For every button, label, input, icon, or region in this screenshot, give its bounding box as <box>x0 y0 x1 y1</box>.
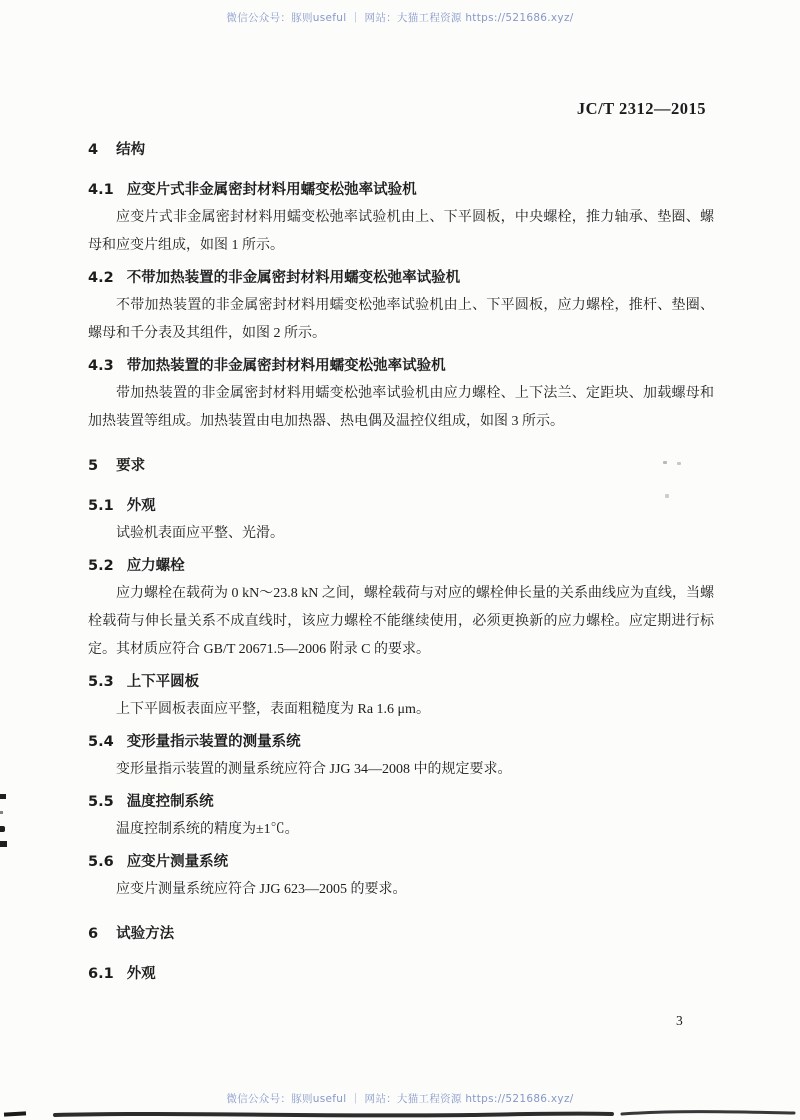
clause-heading-5-3: 5.3上下平圆板 <box>88 668 714 696</box>
body-paragraph: 试验机表面应平整、光滑。 <box>88 520 714 548</box>
clause-title: 不带加热装置的非金属密封材料用蠕变松弛率试验机 <box>127 270 461 286</box>
watermark-bottom: 微信公众号：豚则useful ｜ 网站：大猫工程资源 https://52168… <box>0 1091 800 1106</box>
body-paragraph: 温度控制系统的精度为±1℃。 <box>88 816 714 844</box>
clause-title: 温度控制系统 <box>127 794 214 810</box>
clause-heading-4-2: 4.2不带加热装置的非金属密封材料用蠕变松弛率试验机 <box>88 264 714 292</box>
clause-title: 外观 <box>127 498 156 514</box>
clause-heading-4-3: 4.3带加热装置的非金属密封材料用蠕变松弛率试验机 <box>88 352 714 380</box>
clause-heading-6-1: 6.1外观 <box>88 960 714 988</box>
section-title: 试验方法 <box>116 926 174 942</box>
scan-speck <box>0 826 5 832</box>
clause-number: 5.4 <box>88 734 114 750</box>
section-heading-6: 6试验方法 <box>88 920 714 948</box>
document-page: 微信公众号：豚则useful ｜ 网站：大猫工程资源 https://52168… <box>0 0 800 1120</box>
scan-speck <box>0 811 3 814</box>
clause-heading-5-6: 5.6应变片测量系统 <box>88 848 714 876</box>
clause-number: 6.1 <box>88 966 114 982</box>
doc-code: JC/T 2312—2015 <box>577 99 706 119</box>
body-paragraph: 应变片式非金属密封材料用蠕变松弛率试验机由上、下平圆板，中央螺栓，推力轴承、垫圈… <box>88 204 714 260</box>
document-content: 4结构 4.1应变片式非金属密封材料用蠕变松弛率试验机 应变片式非金属密封材料用… <box>88 136 714 988</box>
scan-speck <box>663 461 667 464</box>
body-paragraph: 带加热装置的非金属密封材料用蠕变松弛率试验机由应力螺栓、上下法兰、定距块、加载螺… <box>88 380 714 436</box>
body-paragraph: 应力螺栓在载荷为 0 kN～23.8 kN 之间，螺栓载荷与对应的螺栓伸长量的关… <box>88 580 714 664</box>
clause-number: 5.3 <box>88 674 114 690</box>
clause-heading-5-1: 5.1外观 <box>88 492 714 520</box>
section-number: 4 <box>88 142 98 158</box>
clause-title: 带加热装置的非金属密封材料用蠕变松弛率试验机 <box>127 358 446 374</box>
section-title: 结构 <box>116 142 145 158</box>
page-number: 3 <box>676 1013 683 1029</box>
clause-title: 应变片式非金属密封材料用蠕变松弛率试验机 <box>127 182 417 198</box>
body-paragraph: 不带加热装置的非金属密封材料用蠕变松弛率试验机由上、下平圆板，应力螺栓，推杆、垫… <box>88 292 714 348</box>
section-heading-5: 5要求 <box>88 452 714 480</box>
scan-speck <box>677 462 681 465</box>
clause-number: 4.2 <box>88 270 114 286</box>
clause-number: 4.3 <box>88 358 114 374</box>
clause-number: 5.5 <box>88 794 114 810</box>
body-paragraph: 应变片测量系统应符合 JJG 623—2005 的要求。 <box>88 876 714 904</box>
section-heading-4: 4结构 <box>88 136 714 164</box>
clause-title: 变形量指示装置的测量系统 <box>127 734 301 750</box>
clause-number: 5.2 <box>88 558 114 574</box>
clause-title: 外观 <box>127 966 156 982</box>
body-paragraph: 上下平圆板表面应平整，表面粗糙度为 Ra 1.6 μm。 <box>88 696 714 724</box>
clause-heading-5-5: 5.5温度控制系统 <box>88 788 714 816</box>
scan-speck <box>0 794 6 799</box>
section-number: 6 <box>88 926 98 942</box>
section-number: 5 <box>88 458 98 474</box>
scan-speck <box>665 494 669 498</box>
body-paragraph: 变形量指示装置的测量系统应符合 JJG 34—2008 中的规定要求。 <box>88 756 714 784</box>
clause-heading-4-1: 4.1应变片式非金属密封材料用蠕变松弛率试验机 <box>88 176 714 204</box>
clause-heading-5-2: 5.2应力螺栓 <box>88 552 714 580</box>
clause-number: 5.1 <box>88 498 114 514</box>
section-title: 要求 <box>116 458 145 474</box>
scan-speck <box>0 841 7 847</box>
scan-edge-artifact <box>0 1106 800 1120</box>
clause-title: 应力螺栓 <box>127 558 185 574</box>
clause-title: 应变片测量系统 <box>127 854 229 870</box>
clause-number: 5.6 <box>88 854 114 870</box>
watermark-top: 微信公众号：豚则useful ｜ 网站：大猫工程资源 https://52168… <box>0 10 800 25</box>
clause-heading-5-4: 5.4变形量指示装置的测量系统 <box>88 728 714 756</box>
clause-number: 4.1 <box>88 182 114 198</box>
clause-title: 上下平圆板 <box>127 674 200 690</box>
